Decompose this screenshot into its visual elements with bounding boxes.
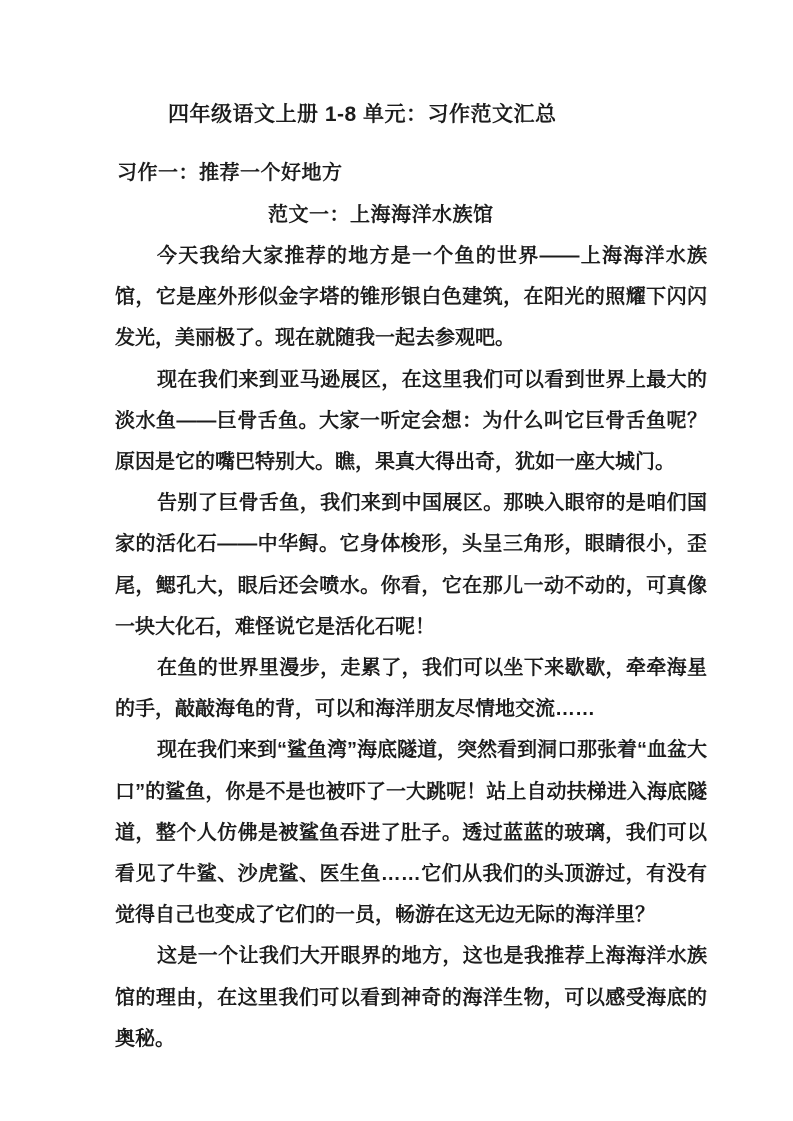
document-content: 四年级语文上册 1-8 单元：习作范文汇总 习作一：推荐一个好地方 范文一：上海… <box>115 101 707 1060</box>
essay-body: 今天我给大家推荐的地方是一个鱼的世界——上海海洋水族馆，它是座外形似金字塔的锥形… <box>115 236 707 1060</box>
essay-paragraph: 今天我给大家推荐的地方是一个鱼的世界——上海海洋水族馆，它是座外形似金字塔的锥形… <box>115 236 707 360</box>
essay-heading: 范文一：上海海洋水族馆 <box>268 201 707 229</box>
essay-paragraph: 告别了巨骨舌鱼，我们来到中国展区。那映入眼帘的是咱们国家的活化石——中华鲟。它身… <box>115 483 707 648</box>
section-heading: 习作一：推荐一个好地方 <box>117 159 707 187</box>
document-title: 四年级语文上册 1-8 单元：习作范文汇总 <box>168 101 707 128</box>
essay-paragraph: 现在我们来到“鲨鱼湾”海底隧道，突然看到洞口那张着“血盆大口”的鲨鱼，你是不是也… <box>115 730 707 936</box>
essay-paragraph: 在鱼的世界里漫步，走累了，我们可以坐下来歇歇，牵牵海星的手，敲敲海龟的背，可以和… <box>115 648 707 730</box>
essay-paragraph: 现在我们来到亚马逊展区，在这里我们可以看到世界上最大的淡水鱼——巨骨舌鱼。大家一… <box>115 360 707 484</box>
essay-paragraph: 这是一个让我们大开眼界的地方，这也是我推荐上海海洋水族馆的理由，在这里我们可以看… <box>115 936 707 1060</box>
document-page: 四年级语文上册 1-8 单元：习作范文汇总 习作一：推荐一个好地方 范文一：上海… <box>0 0 793 1121</box>
